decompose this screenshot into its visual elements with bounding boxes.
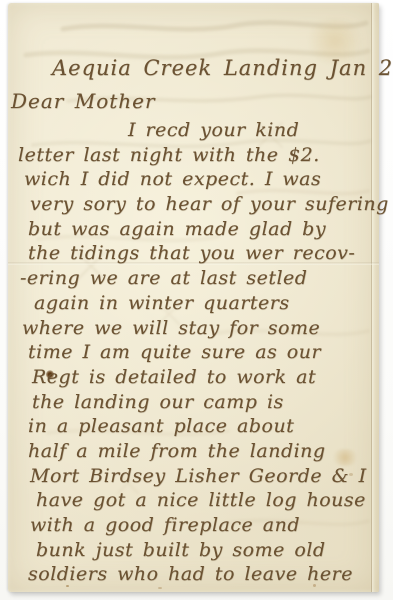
letter-heading: Aequia Creek Landing Jan 63 28 <box>52 56 393 80</box>
letter-line: the tidings that you wer recov- <box>28 242 369 267</box>
letter-place-date: Aequia Creek Landing Jan <box>52 56 367 80</box>
letter-day-year: 63 28 <box>379 56 393 80</box>
letter-line: with a good fireplace and <box>30 514 369 539</box>
letter-line: bunk just built by some old <box>36 539 369 564</box>
paper-fold-strip <box>372 3 379 592</box>
letter-line: again in winter quarters <box>34 292 369 317</box>
letter-line: I recd your kind <box>128 119 369 144</box>
paper-fold-line <box>371 3 372 592</box>
letter-line: letter last night with the $2. <box>18 144 369 169</box>
letter-line: the landing our camp is <box>32 391 369 416</box>
letter-line: very sory to hear of your sufering <box>30 193 369 218</box>
letter-line: wich I did not expect. I was <box>24 168 369 193</box>
letter-body: I recd your kindletter last night with t… <box>16 119 369 588</box>
letter-day: 28 <box>379 56 393 80</box>
letter-line: but was again made glad by <box>28 218 369 243</box>
letter-line: Mort Birdsey Lisher Georde & I <box>30 465 369 490</box>
letter-line: Regt is detailed to work at <box>32 366 369 391</box>
letter-line: -ering we are at last setled <box>20 267 369 292</box>
letter-line: half a mile from the landing <box>28 440 369 465</box>
scanned-letter-photo: Aequia Creek Landing Jan 63 28 Dear Moth… <box>0 0 393 600</box>
letter-line: in a pleasant place about <box>28 415 369 440</box>
letter-line: have got a nice little log house <box>36 489 369 514</box>
letter-paper: Aequia Creek Landing Jan 63 28 Dear Moth… <box>8 3 379 592</box>
letter-line: where we will stay for some <box>22 317 369 342</box>
letter-line: soldiers who had to leave here <box>28 563 369 588</box>
letter-salutation: Dear Mother <box>11 89 156 113</box>
letter-line: time I am quite sure as our <box>28 341 369 366</box>
